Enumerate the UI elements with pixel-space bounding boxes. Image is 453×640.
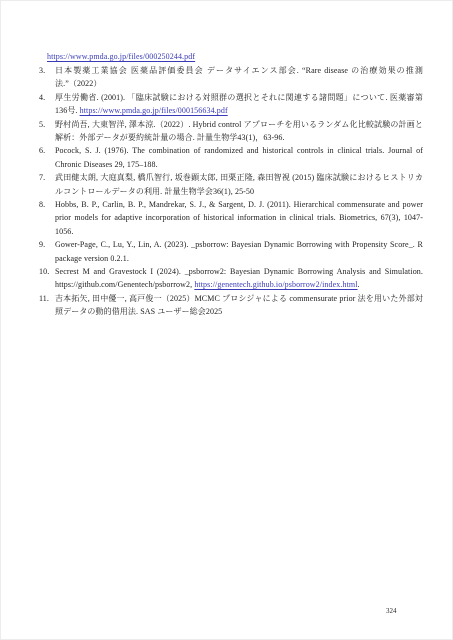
reference-text: 野村尚吾, 大東智洋, 澤本涼.（2022）. Hybrid control ア… (55, 118, 423, 145)
reference-text-segment: 武田健太朗, 大庭真梨, 橋爪智行, 坂巻顕太郎, 田栗正隆, 森田智視 (20… (55, 173, 423, 195)
reference-text-segment: . (358, 280, 360, 289)
document-page: https://www.pmda.go.jp/files/000250244.p… (0, 0, 453, 640)
reference-item: 3.日本製薬工業協会 医薬品評価委員会 データサイエンス部会. “Rare di… (39, 64, 423, 91)
reference-text-segment: Pocock, S. J. (1976). The combination of… (55, 146, 423, 168)
reference-item: 4.厚生労働省. (2001). 「臨床試験における対照群の選択とそれに関連する… (39, 91, 423, 118)
reference-text: Gower-Page, C., Lu, Y., Lin, A. (2023). … (55, 238, 423, 265)
reference-link[interactable]: https://genentech.github.io/psborrow2/in… (194, 280, 357, 289)
reference-item: 6.Pocock, S. J. (1976). The combination … (39, 144, 423, 171)
reference-number: 9. (39, 238, 55, 265)
reference-url-link[interactable]: https://www.pmda.go.jp/files/000250244.p… (47, 52, 195, 61)
references-section: https://www.pmda.go.jp/files/000250244.p… (39, 50, 423, 319)
reference-text: Pocock, S. J. (1976). The combination of… (55, 144, 423, 171)
reference-number: 8. (39, 198, 55, 238)
reference-number: 3. (39, 64, 55, 91)
reference-number: 11. (39, 292, 55, 319)
reference-number: 4. (39, 91, 55, 118)
references-list: 3.日本製薬工業協会 医薬品評価委員会 データサイエンス部会. “Rare di… (39, 64, 423, 319)
reference-text: Secrest M and Gravestock I (2024). _psbo… (55, 265, 423, 292)
reference-text-segment: Hobbs, B. P., Carlin, B. P., Mandrekar, … (55, 200, 423, 236)
reference-text: 厚生労働省. (2001). 「臨床試験における対照群の選択とそれに関連する諸問… (55, 91, 423, 118)
reference-text: 日本製薬工業協会 医薬品評価委員会 データサイエンス部会. “Rare dise… (55, 64, 423, 91)
reference-item: 5.野村尚吾, 大東智洋, 澤本涼.（2022）. Hybrid control… (39, 118, 423, 145)
reference-item: 7.武田健太朗, 大庭真梨, 橋爪智行, 坂巻顕太郎, 田栗正隆, 森田智視 (… (39, 171, 423, 198)
reference-item: 10.Secrest M and Gravestock I (2024). _p… (39, 265, 423, 292)
reference-link[interactable]: https://www.pmda.go.jp/files/000156634.p… (80, 106, 228, 115)
reference-text: 吉本拓矢, 田中優一, 高戸俊一（2025）MCMC プロシジャによる comm… (55, 292, 423, 319)
reference-item: 9.Gower-Page, C., Lu, Y., Lin, A. (2023)… (39, 238, 423, 265)
reference-item: 11.吉本拓矢, 田中優一, 高戸俊一（2025）MCMC プロシジャによる c… (39, 292, 423, 319)
reference-text: Hobbs, B. P., Carlin, B. P., Mandrekar, … (55, 198, 423, 238)
reference-number: 5. (39, 118, 55, 145)
reference-text: 武田健太朗, 大庭真梨, 橋爪智行, 坂巻顕太郎, 田栗正隆, 森田智視 (20… (55, 171, 423, 198)
reference-number: 7. (39, 171, 55, 198)
reference-text-segment: 野村尚吾, 大東智洋, 澤本涼.（2022）. Hybrid control ア… (55, 120, 423, 142)
reference-continuation-line: https://www.pmda.go.jp/files/000250244.p… (47, 50, 423, 63)
reference-text-segment: 吉本拓矢, 田中優一, 高戸俊一（2025）MCMC プロシジャによる comm… (55, 294, 423, 316)
reference-number: 6. (39, 144, 55, 171)
reference-text-segment: 日本製薬工業協会 医薬品評価委員会 データサイエンス部会. “Rare dise… (55, 66, 423, 88)
reference-number: 10. (39, 265, 55, 292)
page-number: 324 (386, 607, 397, 615)
reference-item: 8.Hobbs, B. P., Carlin, B. P., Mandrekar… (39, 198, 423, 238)
reference-text-segment: Gower-Page, C., Lu, Y., Lin, A. (2023). … (55, 240, 423, 262)
